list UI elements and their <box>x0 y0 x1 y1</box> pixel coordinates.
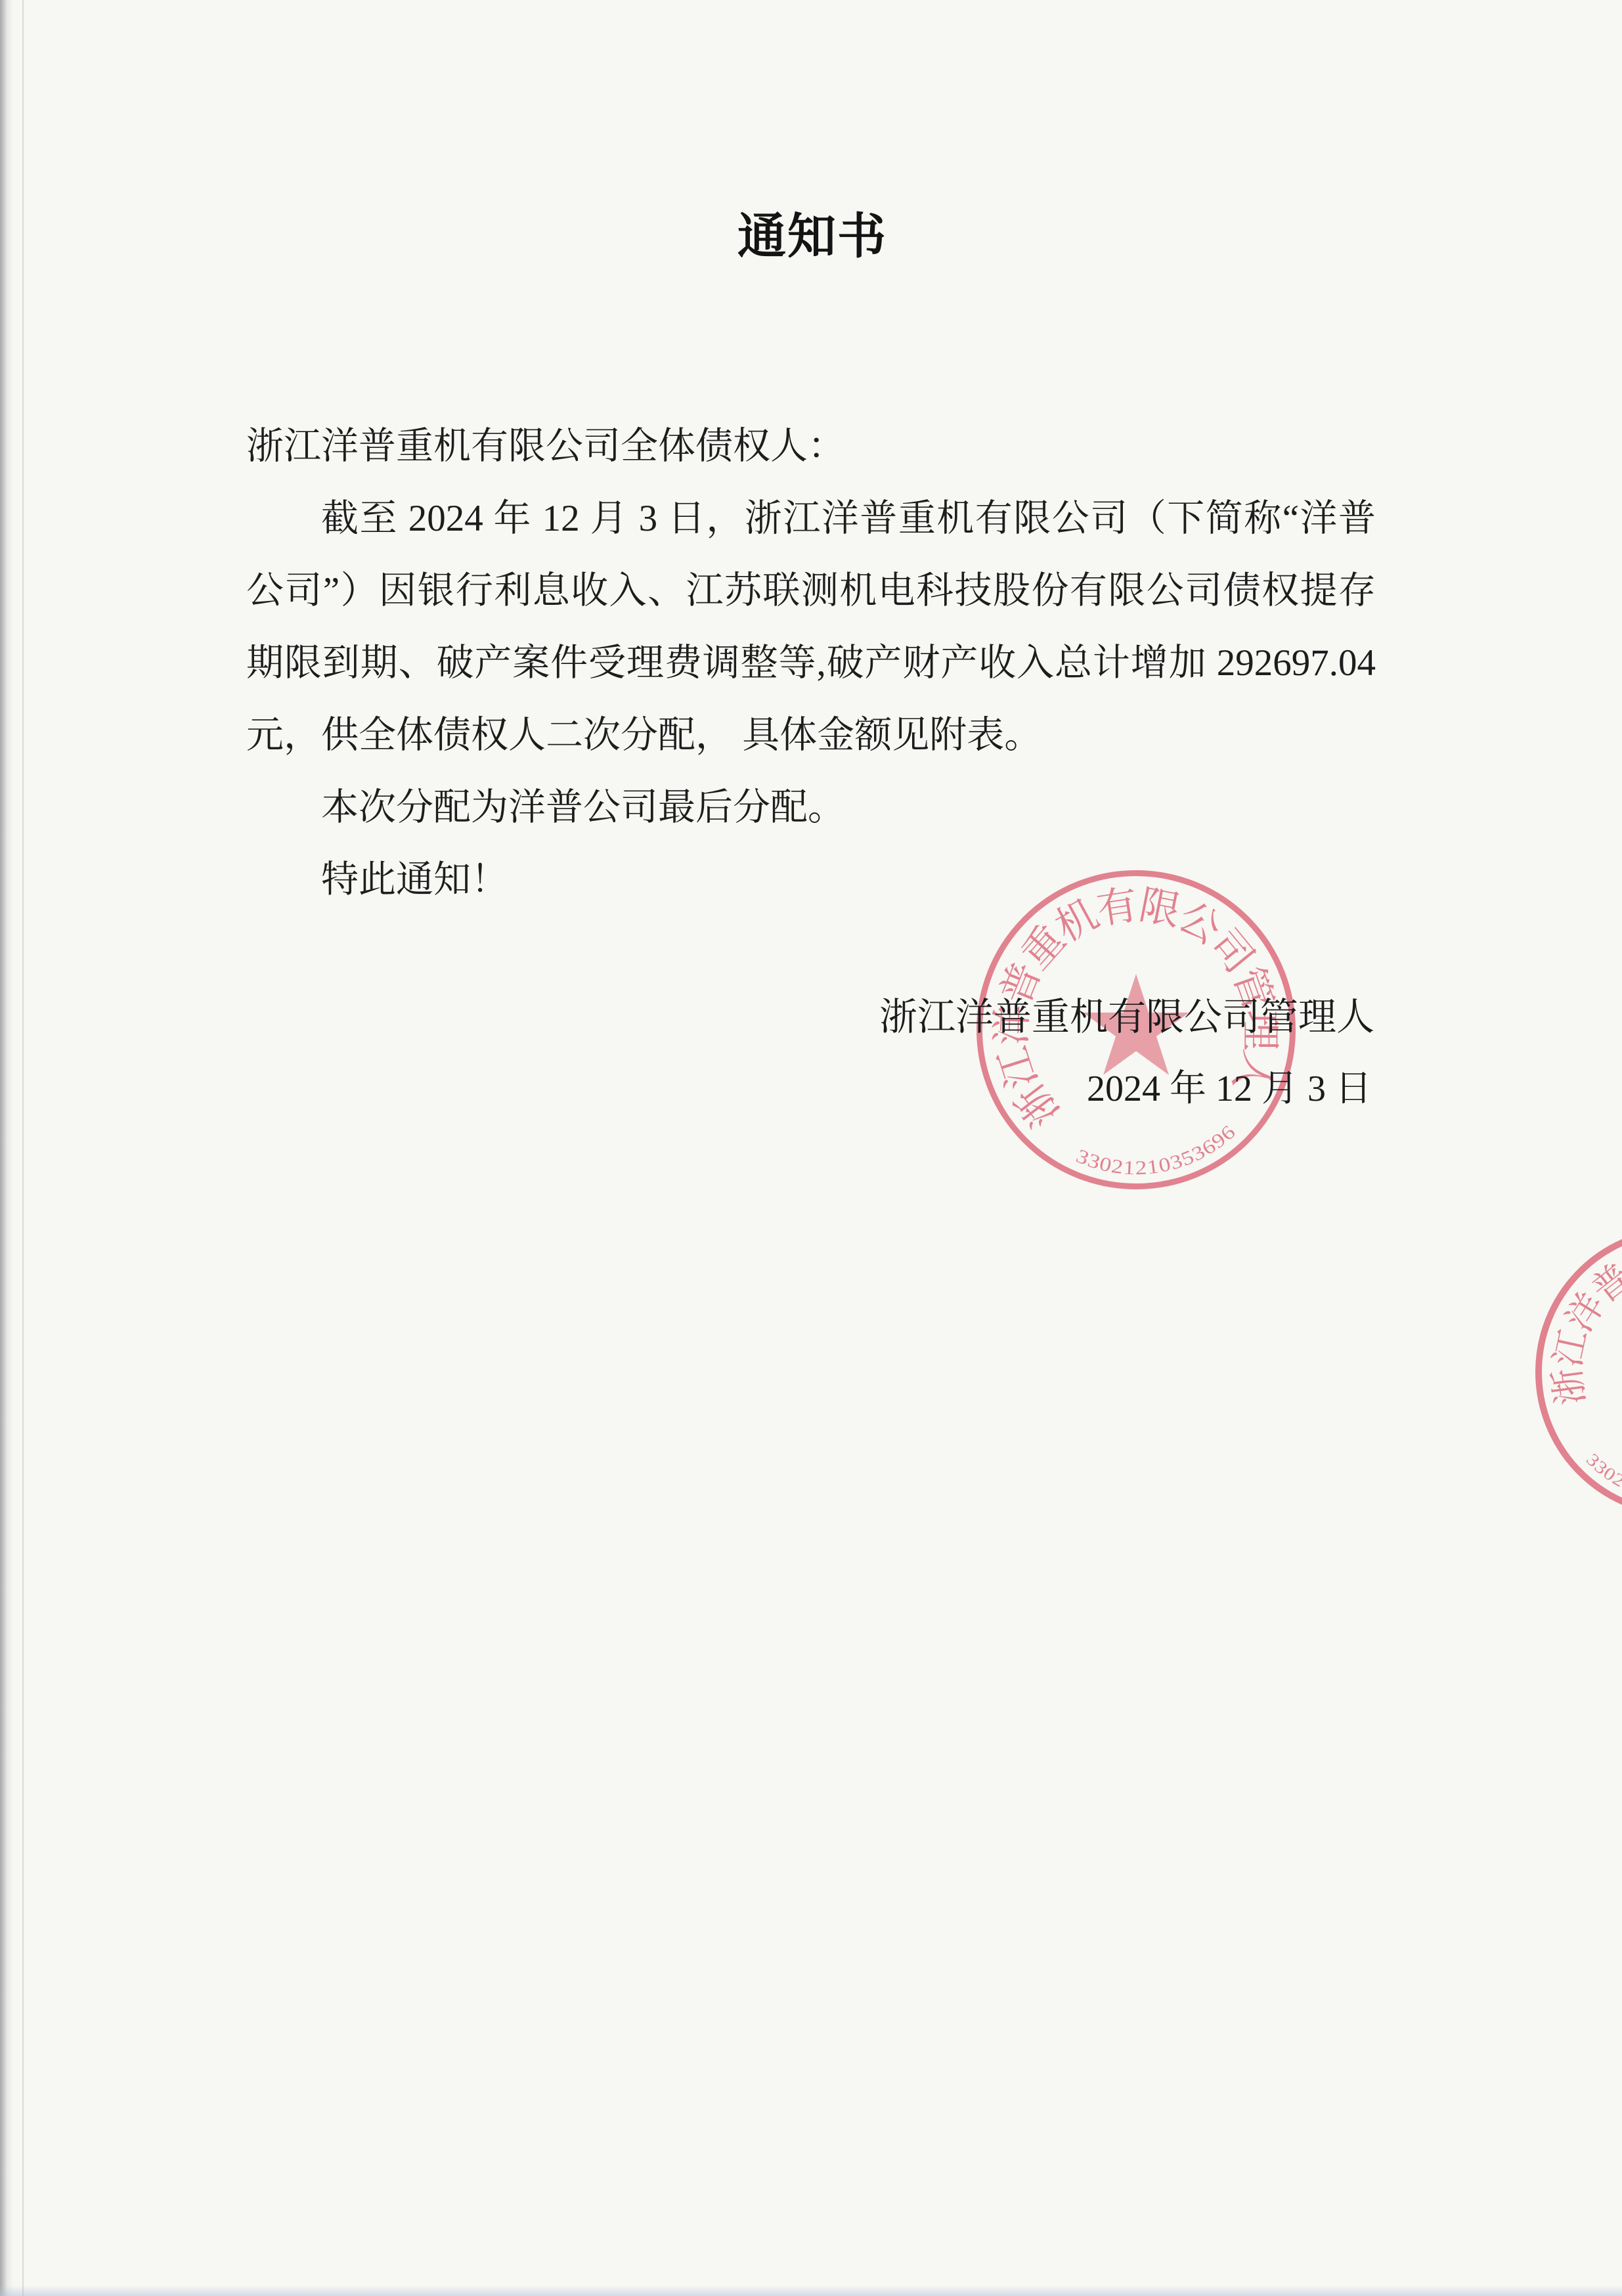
seal-serial-number: 33021210353696 <box>1073 1120 1240 1179</box>
scan-left-shadow <box>0 0 13 2296</box>
body-line: 本次分配为洋普公司最后分配。 <box>246 788 1376 828</box>
signature-line: 浙江洋普重机有限公司管理人 <box>879 997 1374 1038</box>
salutation-line: 浙江洋普重机有限公司全体债权人： <box>246 427 1376 466</box>
scan-bottom-shadow <box>0 2285 1622 2296</box>
scanned-notice-page: 通知书 浙江洋普重机有限公司全体债权人： 截至 2024 年 12 月 3 日，… <box>0 0 1622 2296</box>
body-line: 期限到期、破产案件受理费调整等,破产财产收入总计增加 292697.04 <box>246 644 1376 683</box>
page-title: 通知书 <box>737 198 887 267</box>
body-line: 公司”）因银行利息收入、江苏联测机电科技股份有限公司债权提存 <box>246 571 1376 611</box>
paper-edge-line <box>22 0 24 2296</box>
body-line: 截至 2024 年 12 月 3 日，浙江洋普重机有限公司（下简称“洋普 <box>246 499 1376 539</box>
body-line: 元，供全体债权人二次分配， 具体金额见附表。 <box>246 716 1376 755</box>
body-line: 特此通知！ <box>246 860 1376 900</box>
date-line: 2024 年 12 月 3 日 <box>1087 1069 1372 1109</box>
partial-official-seal: 浙江洋普重机有限公司管理人 33021210353696 <box>1516 1208 1622 1536</box>
